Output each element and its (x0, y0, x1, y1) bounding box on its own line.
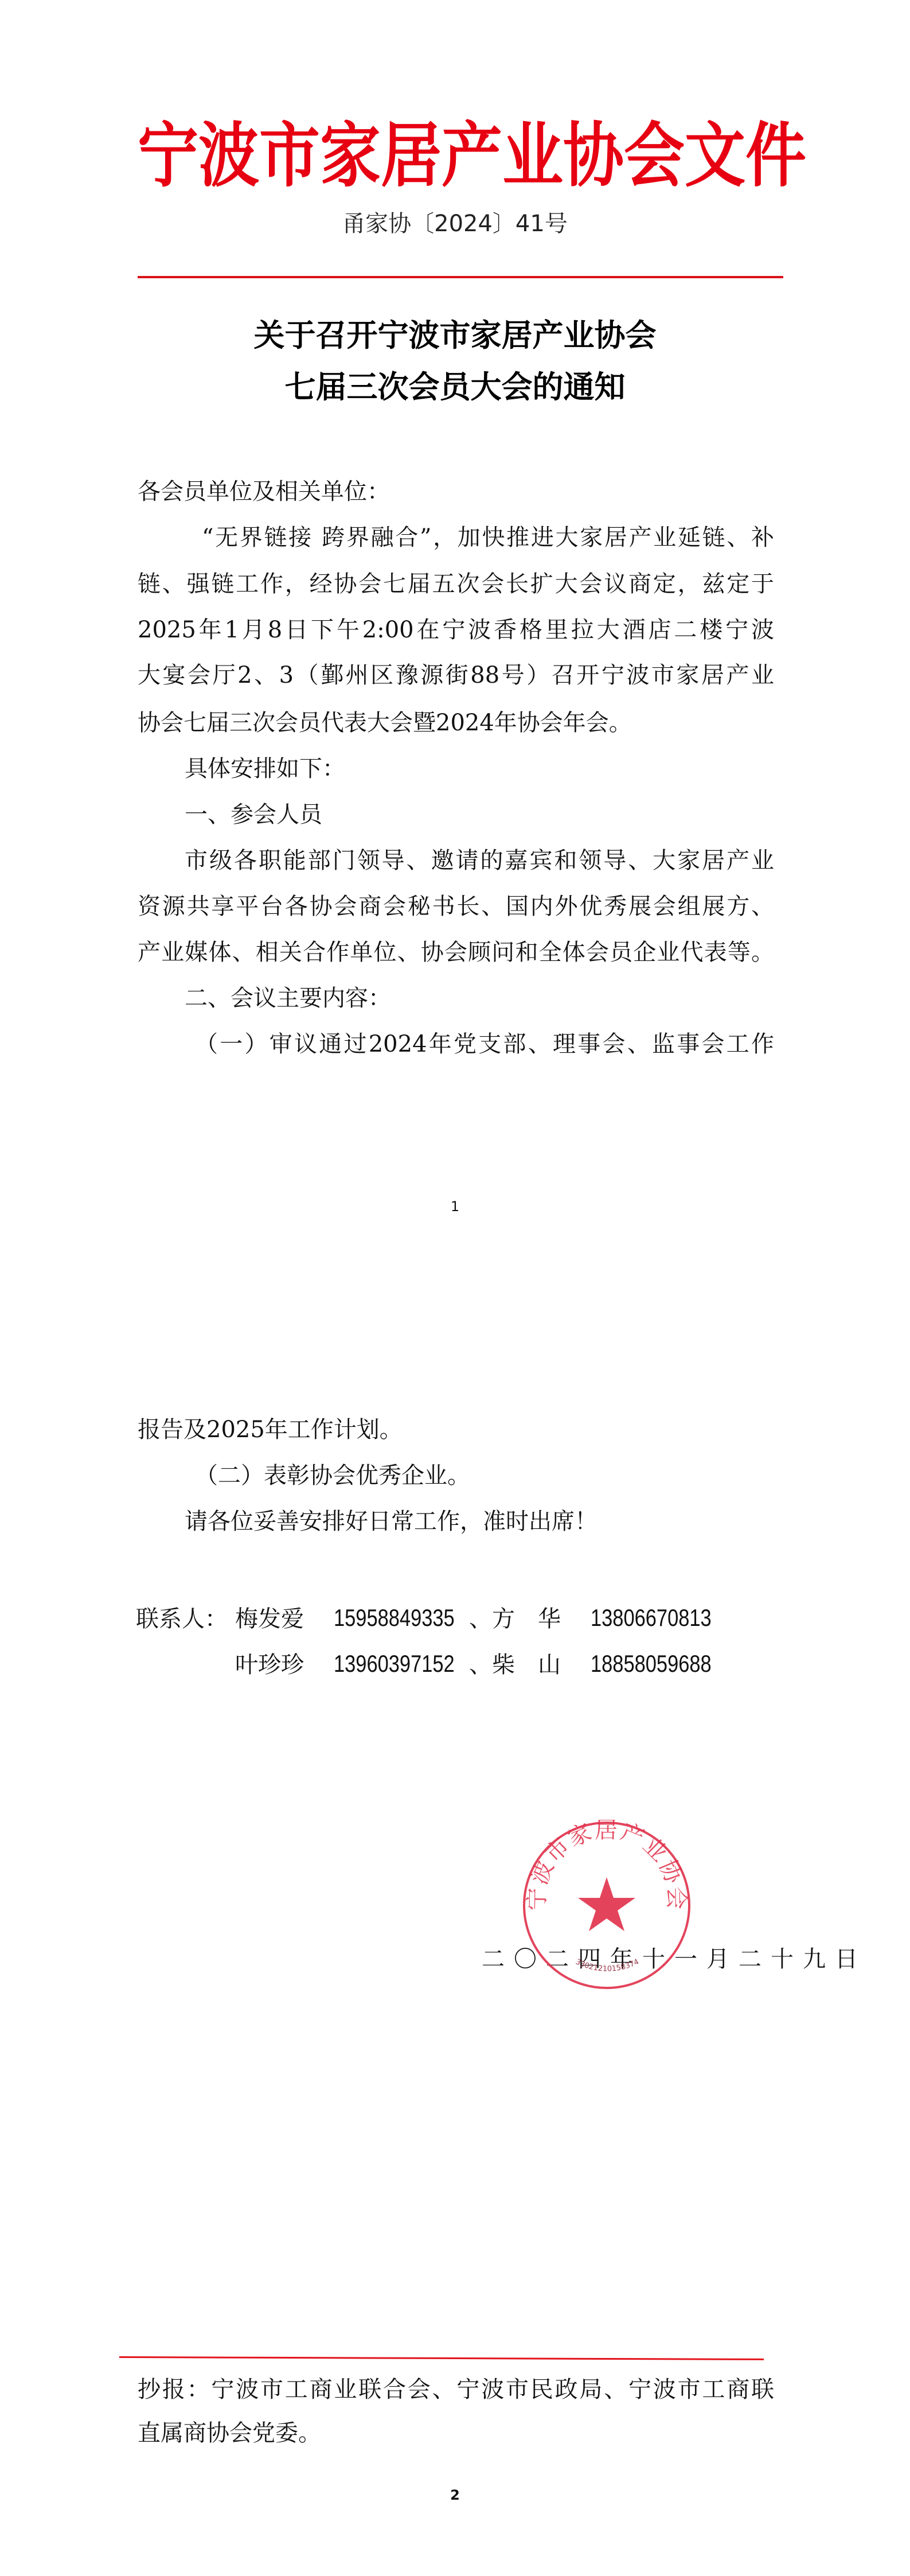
contact-separator: 、 (469, 1606, 492, 1632)
section-heading-attendees: 一、参会人员 (185, 801, 322, 828)
contact-name: 柴 山 (492, 1652, 561, 1678)
masthead-char: 家 (320, 116, 381, 196)
paragraph-line: 协会七届三次会员代表大会暨2024年协会年会。 (138, 710, 632, 736)
cc-line-2: 直属商协会党委。 (138, 2420, 321, 2446)
page-number: 1 (0, 1198, 910, 1215)
masthead-char: 居 (381, 116, 442, 196)
section-heading-agenda: 二、会议主要内容： (185, 985, 391, 1011)
contact-name: 梅发爱 (235, 1606, 304, 1632)
official-seal-stamp: 宁波市家居产业协会 33021210158374 (521, 1820, 692, 1991)
masthead-char: 协 (563, 116, 624, 196)
masthead-char: 波 (198, 116, 259, 196)
contacts-label: 联系人： (136, 1606, 228, 1632)
paragraph-line: 大宴会厅2、3（鄞州区豫源街88号）召开宁波市家居产业 (138, 662, 774, 688)
cc-line-1: 抄报：宁波市工商业联合会、宁波市民政局、宁波市工商联 (138, 2376, 774, 2403)
contact-phone-number: 13806670813 (591, 1605, 712, 1631)
seal-icon: 宁波市家居产业协会 33021210158374 (521, 1820, 692, 1991)
agenda-item-1-continued: 报告及2025年工作计划。 (138, 1417, 403, 1443)
paragraph-line: 市级各职能部门领导、邀请的嘉宾和领导、大家居产业 (185, 847, 774, 874)
masthead-char: 件 (745, 116, 806, 196)
masthead-char: 市 (259, 116, 320, 196)
contact-phone-number: 18858059688 (591, 1651, 712, 1677)
paragraph-line: 资源共享平台各协会商会秘书长、国内外优秀展会组展方、 (138, 893, 774, 920)
masthead-char: 文 (685, 116, 745, 196)
contact-phone: 13960397152 (334, 1651, 481, 1678)
contact-phone-number: 15958849335 (334, 1605, 455, 1631)
paragraph-line: 2025年1月8日下午2:00在宁波香格里拉大酒店二楼宁波 (138, 617, 774, 643)
arrangement-intro: 具体安排如下： (185, 756, 345, 782)
notice-title-line-1: 关于召开宁波市家居产业协会 (0, 317, 910, 354)
contact-name: 方 华 (492, 1606, 561, 1632)
masthead-title: 宁 波 市 家 居 产 业 协 会 文 件 (138, 122, 783, 190)
seal-star-icon (578, 1877, 635, 1931)
contact-separator: 、 (469, 1652, 492, 1678)
paragraph-line: 产业媒体、相关合作单位、协会顾问和全体会员企业代表等。 (138, 939, 774, 966)
seal-code: 33021210158374 (574, 1958, 640, 1974)
paragraph-line: 链、强链工作，经协会七届五次会长扩大会议商定，兹定于 (138, 571, 774, 597)
contact-phone: 15958849335 (334, 1605, 481, 1632)
masthead-char: 会 (624, 116, 685, 196)
agenda-item-1: （一）审议通过2024年党支部、理事会、监事会工作 (195, 1031, 774, 1057)
contact-phone: 18858059688 (591, 1651, 738, 1678)
paragraph-line: “无界链接 跨界融合”，加快推进大家居产业延链、补 (202, 524, 774, 551)
salutation: 各会员单位及相关单位： (138, 478, 390, 505)
header-red-rule (138, 276, 783, 278)
masthead-char: 产 (442, 116, 502, 196)
notice-title-line-2: 七届三次会员大会的通知 (0, 369, 910, 406)
page-number: 2 (0, 2487, 910, 2503)
masthead-char: 业 (502, 116, 563, 196)
footer-red-rule (119, 2356, 764, 2360)
agenda-item-2: （二）表彰协会优秀企业。 (195, 1462, 470, 1489)
contact-phone-number: 13960397152 (334, 1651, 455, 1677)
closing-request: 请各位妥善安排好日常工作，准时出席！ (185, 1508, 597, 1535)
document-number: 甬家协〔2024〕41号 (0, 211, 910, 236)
contact-phone: 13806670813 (591, 1605, 738, 1632)
masthead-char: 宁 (138, 116, 198, 196)
contact-name: 叶珍珍 (235, 1652, 304, 1678)
